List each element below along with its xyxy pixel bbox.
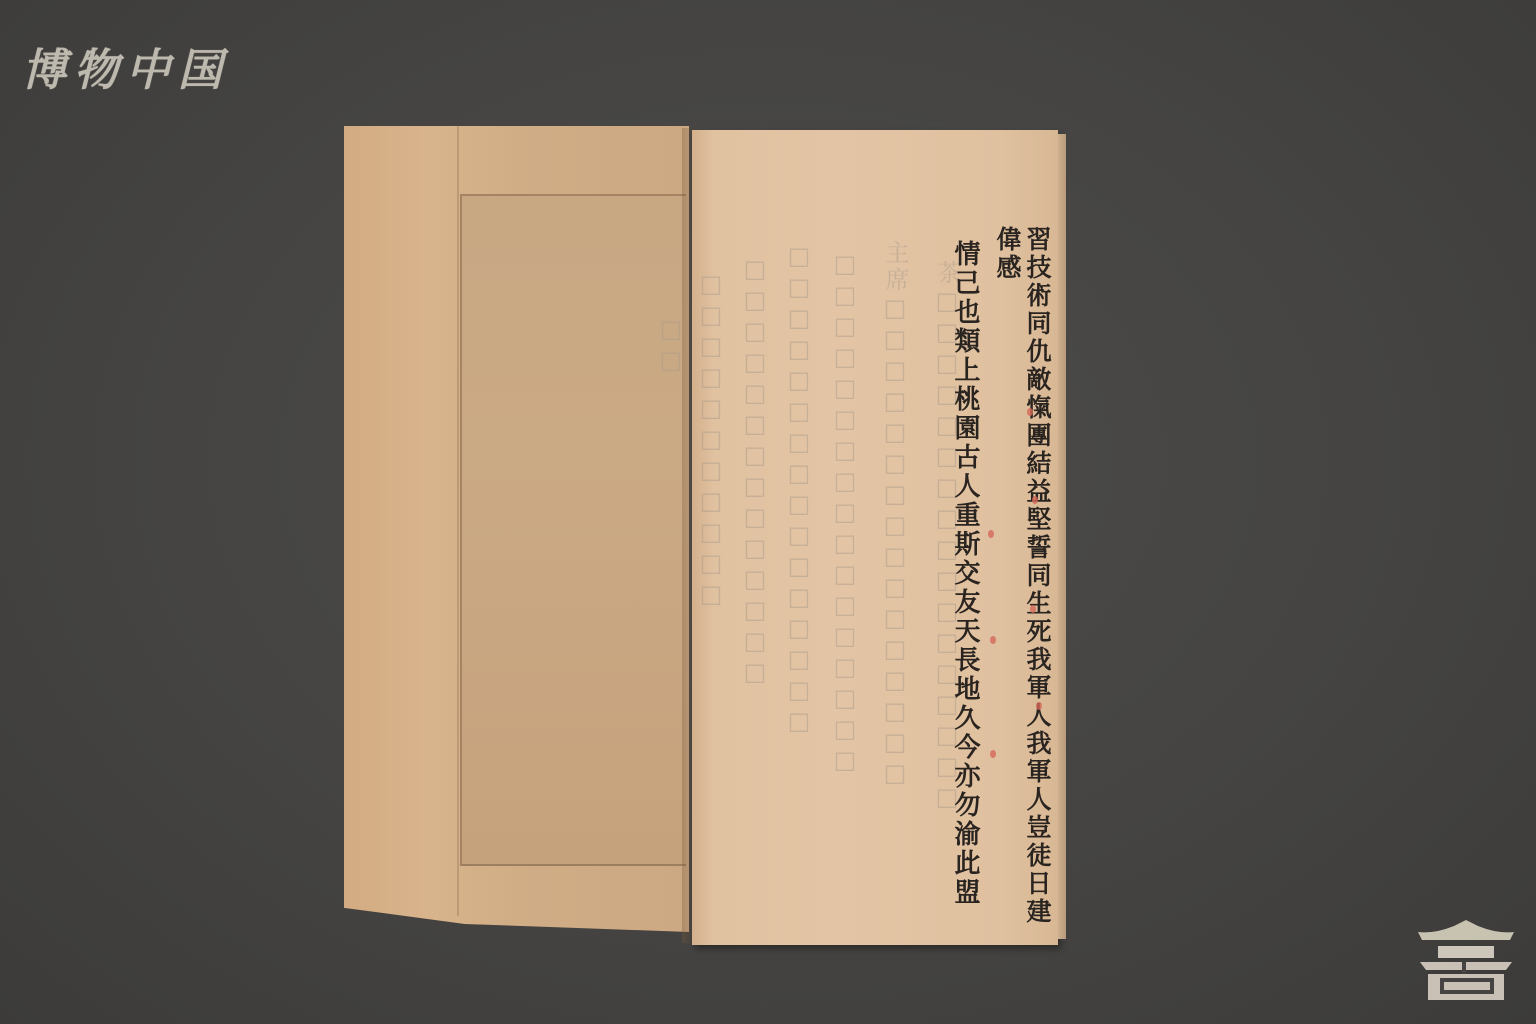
red-punctuation-mark	[1036, 702, 1042, 710]
bleed-through-column: □□□□□□□□□□□□□□□□□	[830, 250, 860, 777]
bleed-through-column: □□□□□□□□□□□□□□□□	[784, 242, 814, 738]
bleed-through-column: 主席□□□□□□□□□□□□□□□□	[880, 240, 910, 790]
red-punctuation-mark	[990, 750, 996, 758]
right-page: 茶□□□□□□□□□□□□□□□□□ 主席□□□□□□□□□□□□□□□□ □□…	[692, 130, 1058, 945]
page-edge	[1058, 134, 1066, 939]
bleed-through-column: □□	[656, 315, 686, 377]
red-punctuation-mark	[1027, 408, 1033, 416]
bleed-through-column: □□□□□□□□□□□	[696, 270, 726, 611]
watermark-logo-text: 博物中国	[22, 34, 230, 98]
bleed-through-column: □□□□□□□□□□□□□□	[740, 255, 770, 689]
open-book: 茶□□□□□□□□□□□□□□□□□ 主席□□□□□□□□□□□□□□□□ □□…	[344, 118, 1064, 958]
red-punctuation-mark	[1032, 496, 1038, 504]
pavilion-seal-icon	[1414, 912, 1518, 1002]
red-punctuation-mark	[988, 530, 994, 538]
cover-fold-line	[457, 126, 459, 916]
cover-inner-panel	[460, 194, 686, 866]
red-punctuation-mark	[1030, 605, 1036, 613]
red-punctuation-mark	[990, 636, 996, 644]
text-column-2: 情己也類上桃園古人重斯交友天長地久今亦勿渝此盟	[950, 240, 980, 907]
text-column-1: 習技術同仇敵愾團結益堅誓同生死我軍人我軍人豈徒日建偉感	[992, 226, 1052, 945]
